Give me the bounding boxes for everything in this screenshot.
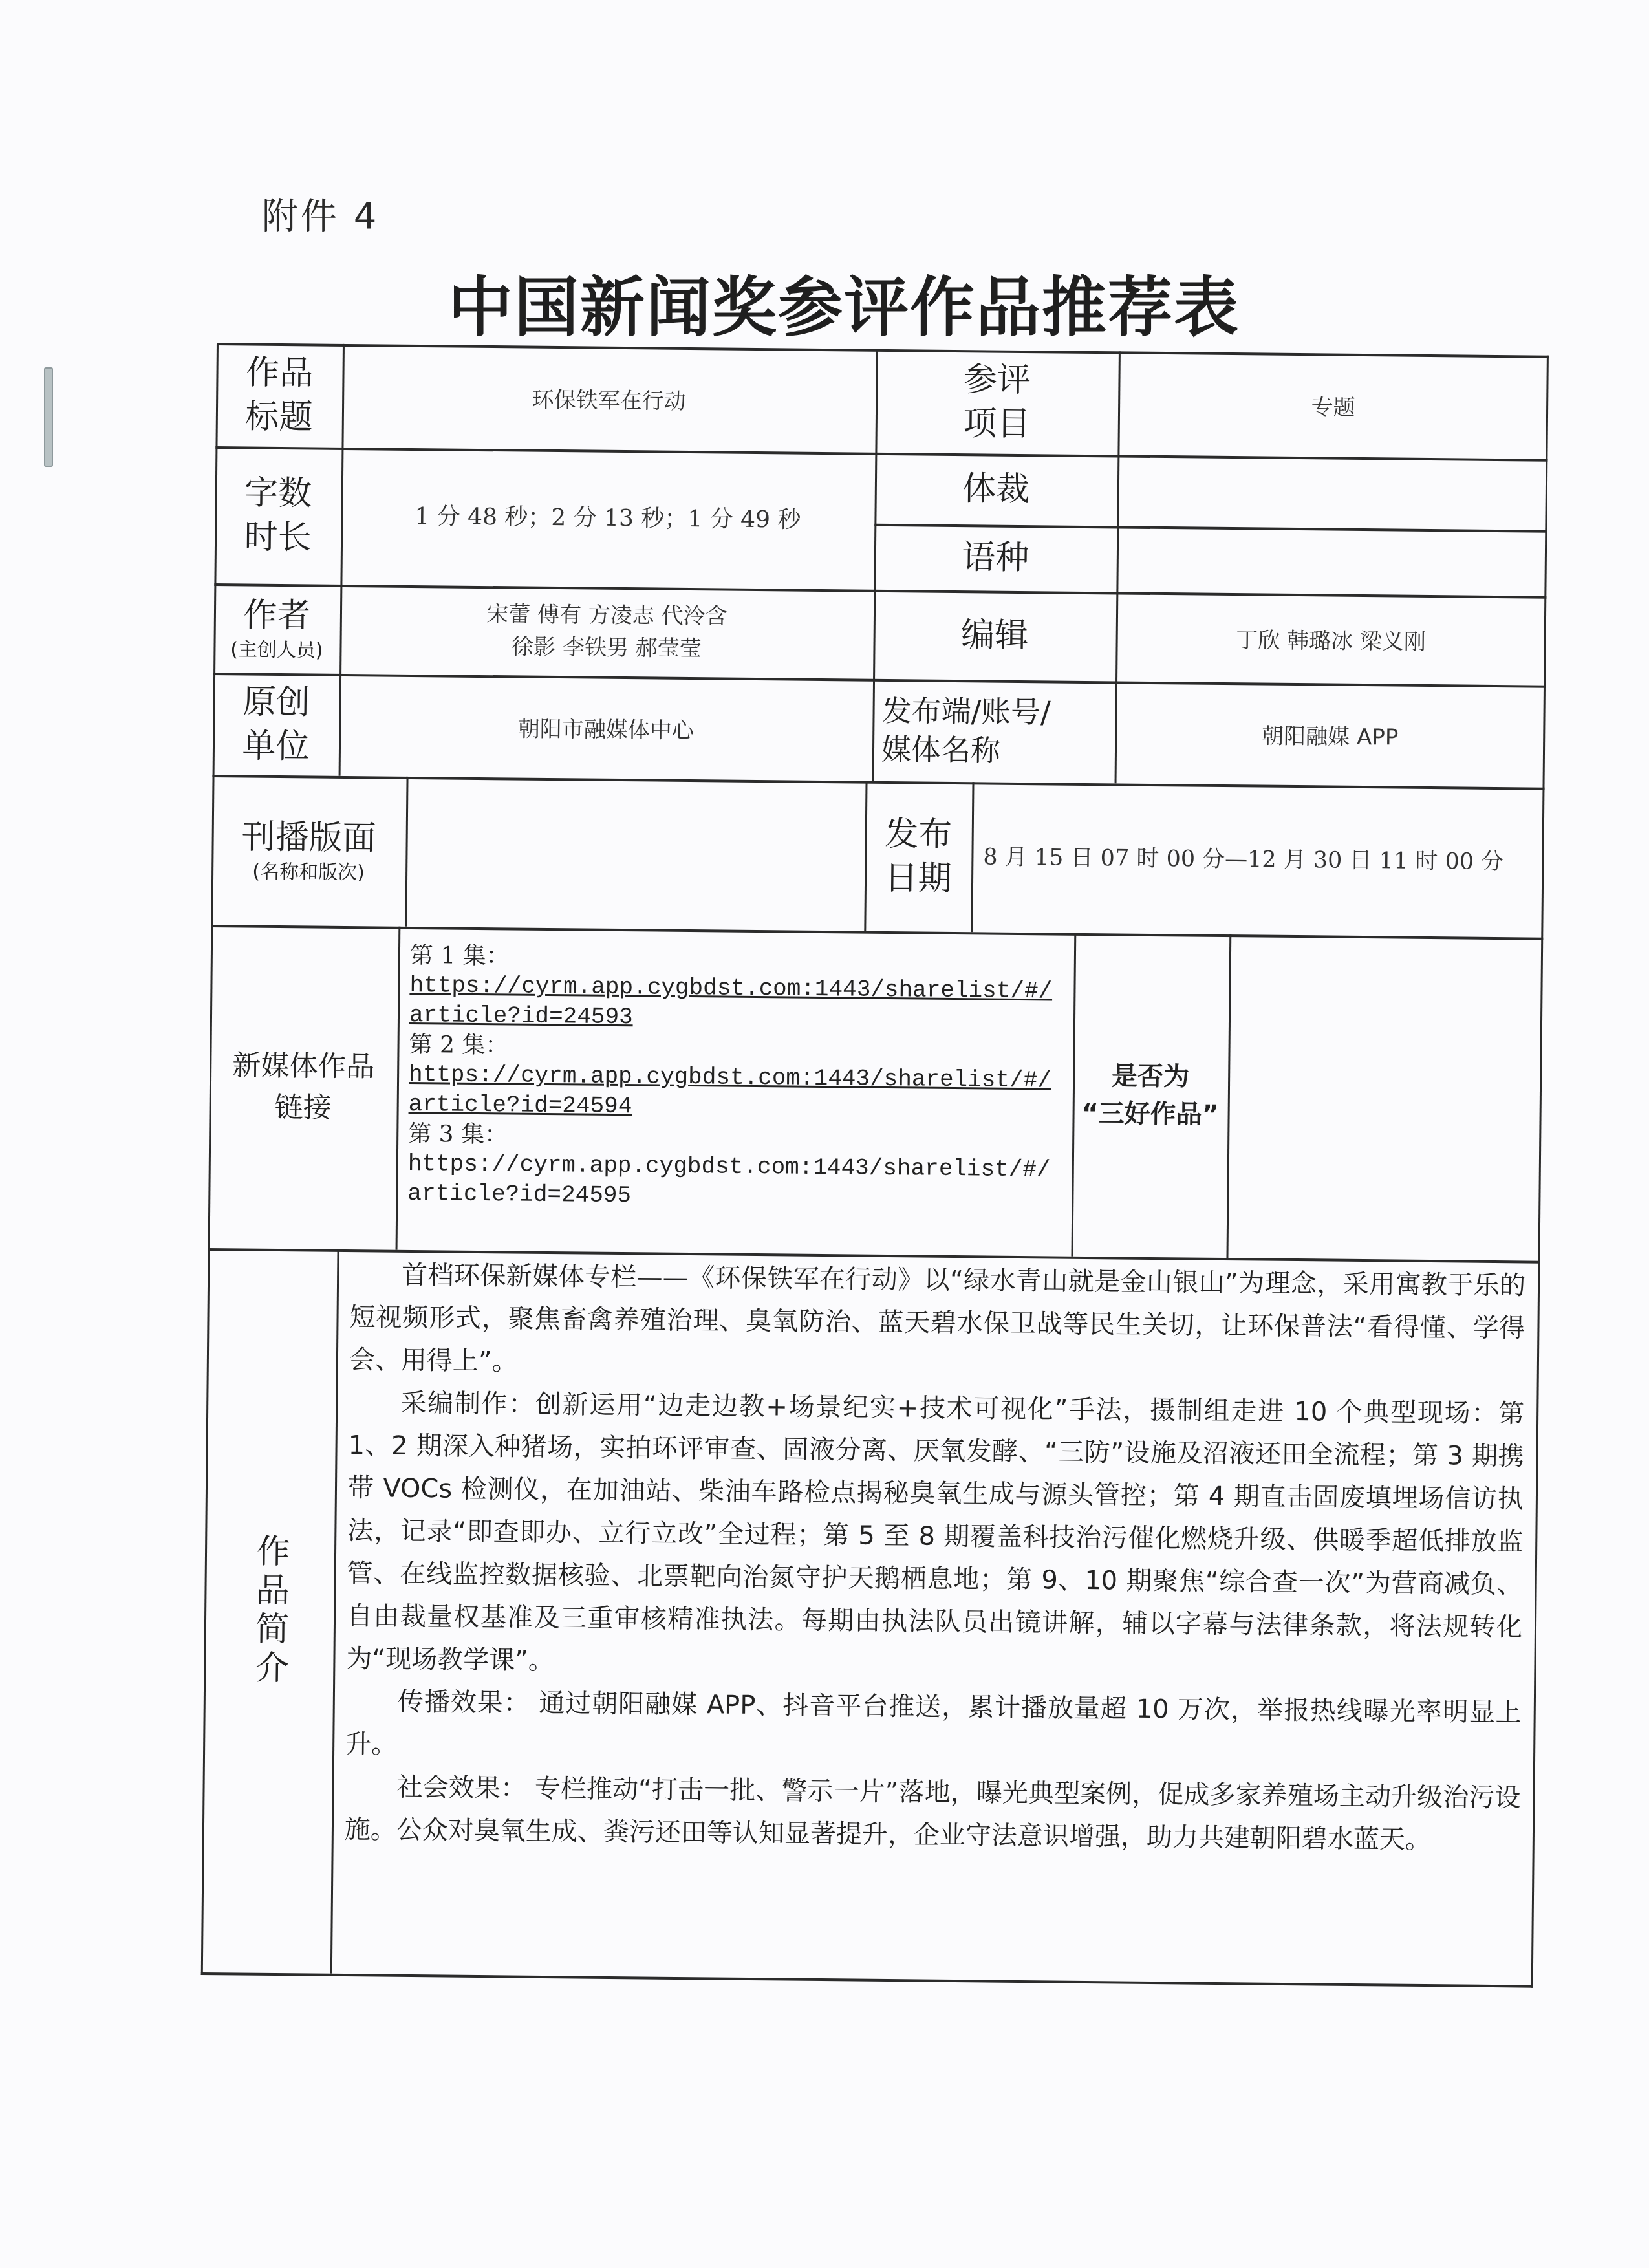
recommendation-form: 作品 标题 环保铁军在行动 参评 项目 专题 字数 时长 1 分 48 秒；2 … [201, 343, 1549, 1985]
summary-paragraph-intro: 首档环保新媒体专栏——《环保铁军在行动》以“绿水青山就是金山银山”为理念，采用寓… [349, 1253, 1526, 1392]
label-subline: (名称和版次) [252, 859, 365, 887]
genre-label: 体裁 [874, 453, 1117, 526]
label-line: 参评 [964, 358, 1031, 402]
episode-3: 第 3 集： https://cyrm.app.cygbdst.com:1443… [407, 1119, 1061, 1215]
authors-line: 徐影 李铁男 郝莹莹 [512, 631, 702, 665]
authors-line: 宋蕾 傅有 方凌志 代泠含 [486, 598, 727, 633]
links-list: 第 1 集： https://cyrm.app.cygbdst.com:1443… [396, 927, 1075, 1257]
editors-value[interactable]: 丁欣 韩璐冰 梁义刚 [1115, 592, 1546, 685]
layout-label: 刊播版面 (名称和版次) [211, 775, 406, 927]
episode-title: 第 1 集： [410, 941, 1062, 977]
label-line: 原创 [242, 680, 310, 724]
layout-value[interactable] [405, 777, 865, 931]
category-value[interactable]: 专题 [1117, 351, 1549, 459]
episode-2: 第 2 集： https://cyrm.app.cygbdst.com:1443… [408, 1030, 1061, 1126]
language-value[interactable] [1116, 526, 1547, 596]
summary-paragraph-impact: 社会效果： 专栏推动“打击一批、警示一片”落地，曝光典型案例，促成多家养殖场主动… [345, 1766, 1521, 1862]
links-label: 新媒体作品 链接 [208, 925, 399, 1250]
three-good-value[interactable] [1226, 934, 1543, 1261]
label-line: 新媒体作品 [232, 1045, 375, 1088]
episode-1: 第 1 集： https://cyrm.app.cygbdst.com:1443… [409, 941, 1062, 1037]
staple-mark [44, 367, 53, 467]
category-label: 参评 项目 [875, 349, 1119, 455]
duration-label: 字数 时长 [214, 446, 341, 585]
summary-text[interactable]: 首档环保新媒体专栏——《环保铁军在行动》以“绿水青山就是金山银山”为理念，采用寓… [330, 1249, 1540, 1985]
episode-link[interactable]: https://cyrm.app.cygbdst.com:1443/sharel… [409, 972, 1053, 1030]
publish-date-value[interactable]: 8 月 15 日 07 时 00 分—12 月 30 日 11 时 00 分 [971, 782, 1544, 937]
attachment-label: 附件 4 [262, 188, 379, 239]
duration-value[interactable]: 1 分 48 秒；2 分 13 秒；1 分 49 秒 [340, 448, 875, 590]
label-line: 字数 [244, 471, 312, 515]
label-subline: (主创人员) [230, 637, 323, 664]
episode-link[interactable]: https://cyrm.app.cygbdst.com:1443/sharel… [407, 1150, 1051, 1209]
unit-label: 原创 单位 [213, 673, 340, 776]
episode-title: 第 3 集： [408, 1119, 1061, 1156]
label-line: 作品 [246, 351, 314, 395]
platform-value[interactable]: 朝阳融媒 APP [1115, 681, 1546, 787]
label-line: 媒体名称 [881, 730, 1001, 770]
document-title: 中国新闻奖参评作品推荐表 [0, 255, 1649, 349]
unit-value[interactable]: 朝阳市融媒体中心 [339, 674, 873, 781]
label-line: 发布 [885, 812, 953, 857]
label-line: 项目 [963, 402, 1031, 446]
episode-title: 第 2 集： [409, 1030, 1061, 1066]
label-line: 作者 [243, 593, 311, 638]
platform-label: 发布端/账号/ 媒体名称 [872, 679, 1115, 784]
work-title-value[interactable]: 环保铁军在行动 [341, 344, 876, 453]
label-line: 单位 [242, 724, 310, 768]
label-line: 发布端/账号/ [881, 691, 1051, 732]
label-line: 链接 [274, 1087, 332, 1129]
label-line: 作品简介 [246, 1533, 292, 1689]
authors-label: 作者 (主创人员) [213, 583, 340, 674]
authors-value[interactable]: 宋蕾 傅有 方凌志 代泠含 徐影 李铁男 郝莹莹 [339, 585, 874, 679]
summary-paragraph-production: 采编制作：创新运用“边走边教+场景纪实+技术可视化”手法，摄制组走进 10 个典… [346, 1381, 1524, 1691]
language-label: 语种 [874, 524, 1117, 592]
editors-label: 编辑 [873, 590, 1116, 682]
label-line: “三好作品” [1081, 1095, 1219, 1134]
genre-value[interactable] [1117, 455, 1547, 530]
summary-paragraph-reach: 传播效果： 通过朝阳融媒 APP、抖音平台推送，累计播放量超 10 万次，举报热… [345, 1680, 1522, 1777]
label-line: 时长 [244, 515, 312, 559]
work-title-label: 作品 标题 [215, 343, 343, 448]
label-line: 刊播版面 [241, 815, 376, 860]
label-line: 是否为 [1112, 1057, 1190, 1096]
label-line: 标题 [245, 394, 313, 439]
three-good-label: 是否为 “三好作品” [1071, 933, 1229, 1258]
label-line: 日期 [884, 856, 952, 901]
episode-link[interactable]: https://cyrm.app.cygbdst.com:1443/sharel… [409, 1061, 1052, 1119]
summary-label: 作品简介 [201, 1248, 338, 1974]
publish-date-label: 发布 日期 [864, 781, 972, 933]
